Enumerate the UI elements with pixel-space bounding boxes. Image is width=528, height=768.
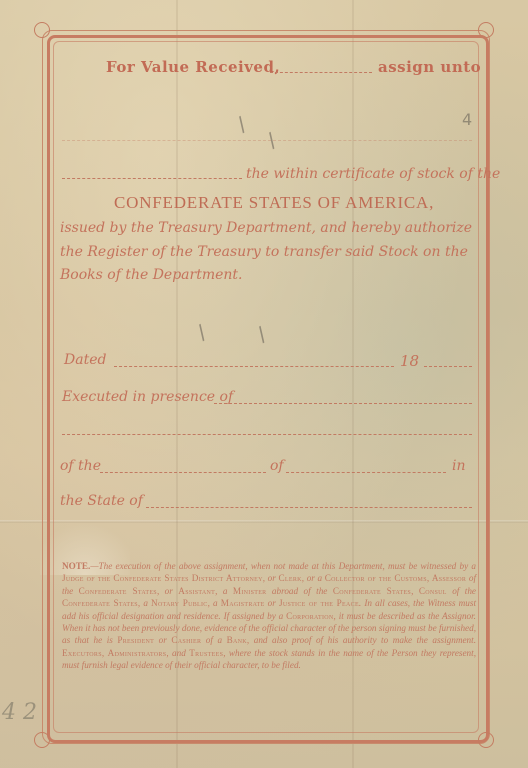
corner-ornament-icon — [34, 22, 50, 38]
issuer-title: CONFEDERATE STATES OF AMERICA, — [114, 193, 434, 213]
designation-field[interactable] — [100, 472, 266, 473]
residence-field[interactable] — [286, 472, 446, 473]
for-value-received-label: For Value Received, — [106, 58, 280, 76]
state-field[interactable] — [146, 507, 472, 508]
margin-handwriting: 4 2 — [2, 700, 37, 725]
witness-field-2[interactable] — [62, 434, 472, 435]
state-label: the State of — [60, 493, 143, 509]
body-line-4: the Register of the Treasury to transfer… — [60, 244, 468, 260]
of-the-label: of the — [60, 458, 101, 474]
certificate-text: the within certificate of stock of the — [246, 166, 500, 182]
corner-ornament-icon — [34, 732, 50, 748]
executed-label: Executed in presence of — [62, 389, 233, 405]
corner-ornament-icon — [478, 732, 494, 748]
body-line-5: Books of the Department. — [60, 267, 243, 283]
assignment-note: NOTE.—The execution of the above assignm… — [62, 560, 476, 672]
assign-unto-label: assign unto — [378, 58, 481, 76]
year-field[interactable] — [424, 366, 472, 367]
handwritten-number: 4 — [462, 110, 472, 129]
of-label: of — [270, 458, 284, 474]
witness-field[interactable] — [214, 403, 472, 404]
assignee-line[interactable] — [270, 72, 372, 73]
body-line-3: issued by the Treasury Department, and h… — [60, 220, 472, 236]
year-prefix: 18 — [400, 352, 419, 370]
dated-label: Dated — [64, 352, 106, 368]
corner-ornament-icon — [478, 22, 494, 38]
date-field[interactable] — [114, 366, 394, 367]
shares-line[interactable] — [62, 178, 242, 179]
in-label: in — [452, 458, 466, 474]
